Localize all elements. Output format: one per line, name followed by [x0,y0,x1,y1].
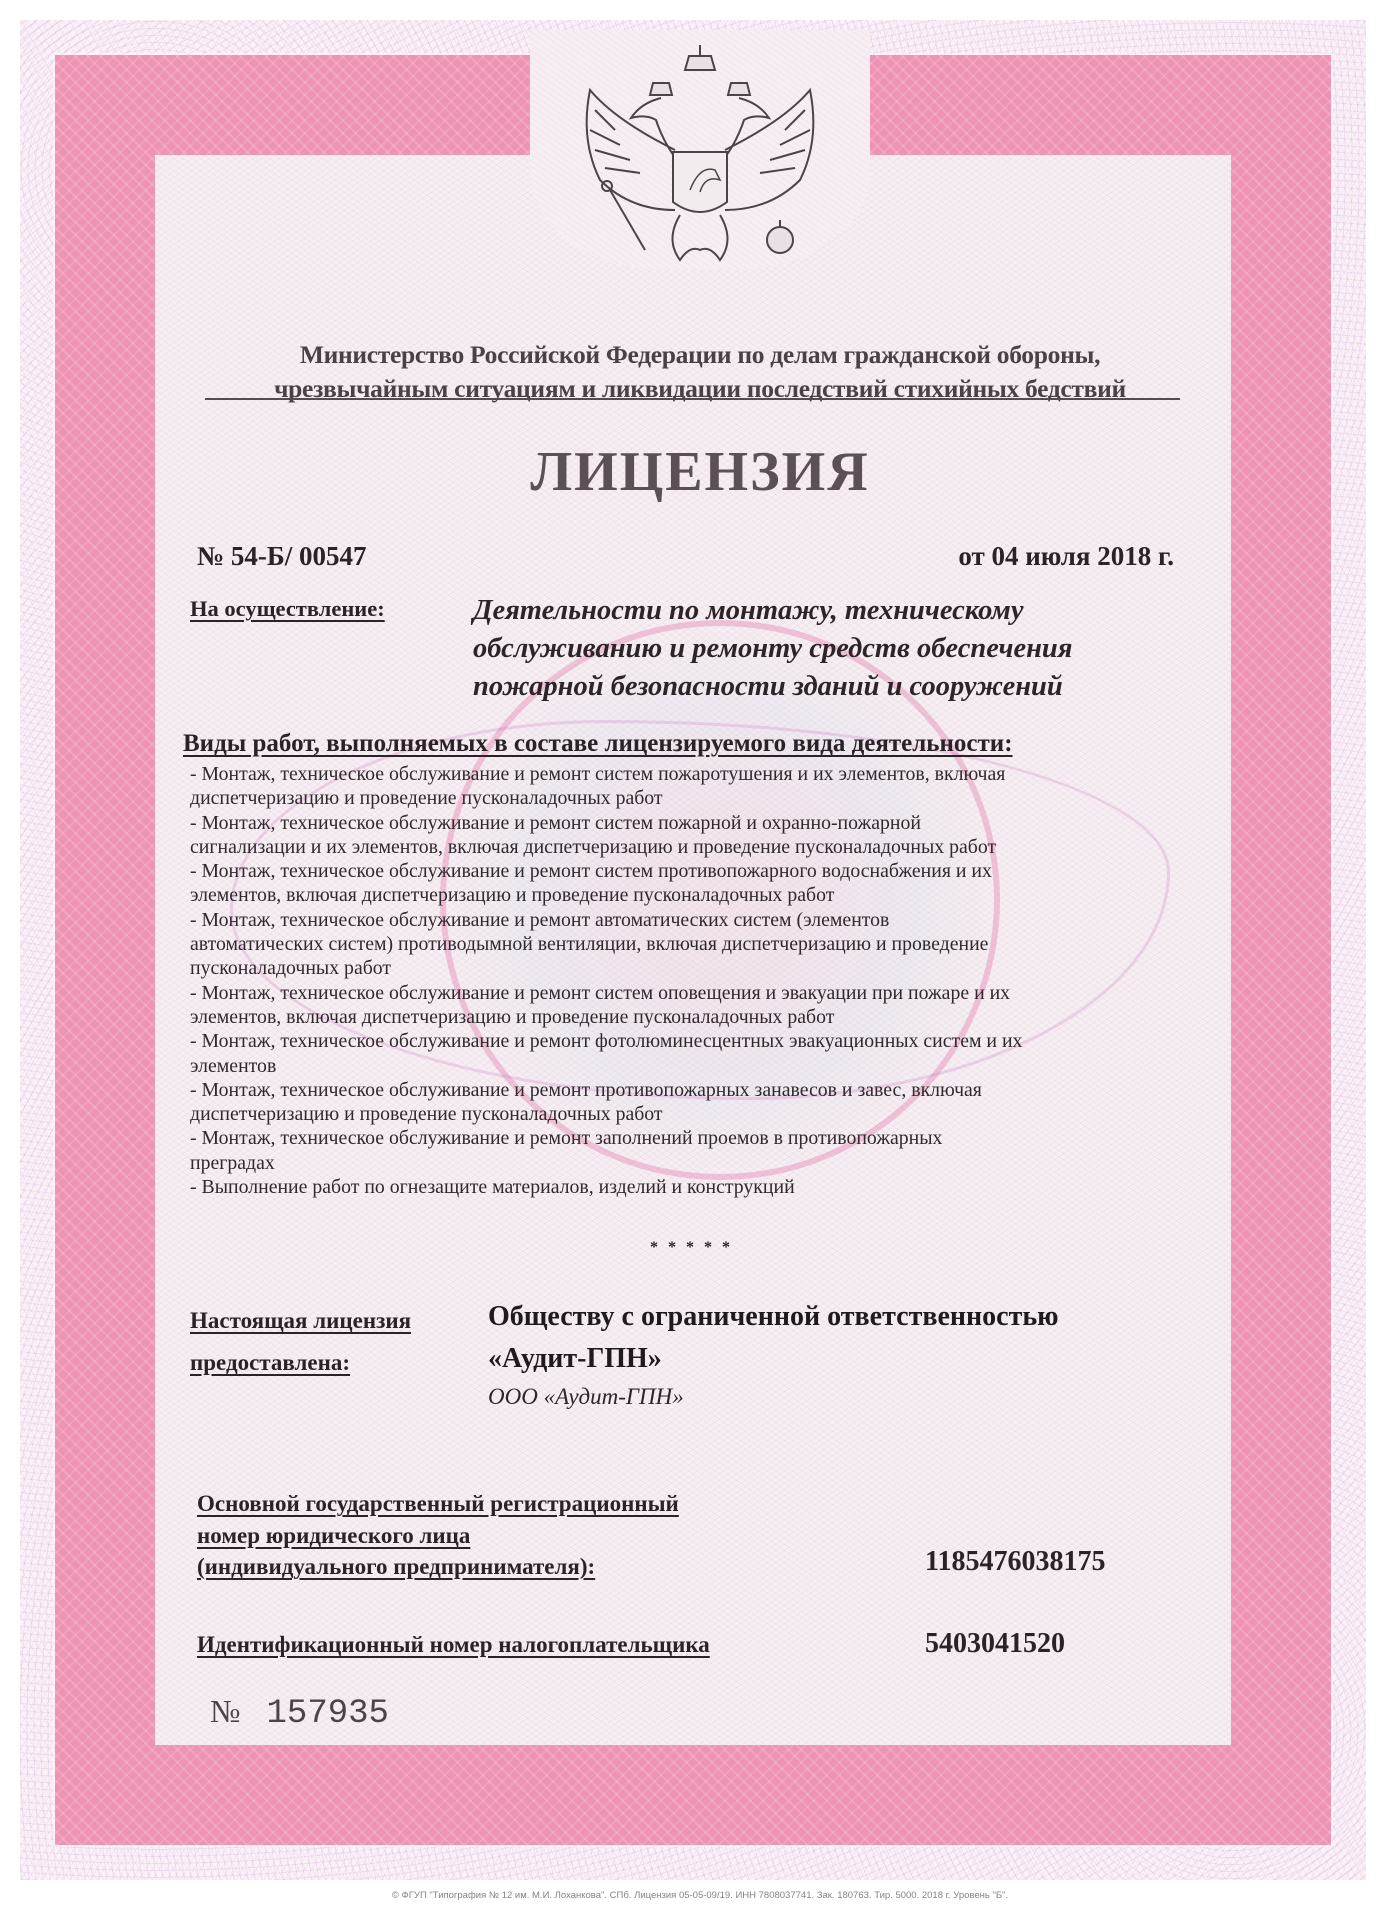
company-line: Обществу с ограниченной ответственностью [488,1296,1059,1338]
company-name: Обществу с ограниченной ответственностью… [488,1296,1059,1380]
section-separator: * * * * * [650,1239,733,1257]
works-line: диспетчеризацию и проведение пусконаладо… [190,786,1180,810]
works-line: - Монтаж, техническое обслуживание и рем… [190,1078,1180,1102]
blank-serial-number: №157935 [210,1693,389,1733]
company-line: «Аудит-ГПН» [488,1338,1059,1380]
works-line: пусконаладочных работ [190,956,1180,980]
works-line: - Монтаж, техническое обслуживание и рем… [190,908,1180,932]
works-line: - Монтаж, техническое обслуживание и рем… [190,981,1180,1005]
implementation-label: На осуществление: [190,596,385,622]
inn-value: 5403041520 [925,1628,1065,1660]
ministry-divider [205,398,1180,400]
works-line: - Монтаж, техническое обслуживание и рем… [190,1126,1180,1150]
works-line: - Выполнение работ по огнезащите материа… [190,1175,1180,1199]
granted-label-line: Настоящая лицензия [190,1300,411,1342]
activity-line: обслуживанию и ремонту средств обеспечен… [473,630,1193,668]
ogrn-label-line: номер юридического лица [197,1520,679,1552]
ministry-line-1: Министерство Российской Федерации по дел… [150,338,1250,372]
works-heading: Виды работ, выполняемых в составе лиценз… [183,730,1013,758]
works-list: - Монтаж, техническое обслуживание и рем… [190,762,1180,1199]
inn-label: Идентификационный номер налогоплательщик… [197,1632,710,1658]
works-line: - Монтаж, техническое обслуживание и рем… [190,811,1180,835]
activity-line: пожарной безопасности зданий и сооружени… [473,668,1193,706]
works-line: элементов [190,1054,1180,1078]
works-line: - Монтаж, техническое обслуживание и рем… [190,859,1180,883]
company-short-name: ООО «Аудит-ГПН» [488,1384,684,1410]
number-sign: № [210,1693,241,1729]
works-line: - Монтаж, техническое обслуживание и рем… [190,762,1180,786]
ogrn-value: 1185476038175 [925,1546,1105,1578]
works-line: диспетчеризацию и проведение пусконаладо… [190,1102,1180,1126]
works-line: преградах [190,1151,1180,1175]
works-line: - Монтаж, техническое обслуживание и рем… [190,1029,1180,1053]
activity-line: Деятельности по монтажу, техническому [473,592,1193,630]
ministry-line-2: чрезвычайным ситуациям и ликвидации посл… [150,372,1250,406]
ministry-name: Министерство Российской Федерации по дел… [150,338,1250,406]
ogrn-label-line: (индивидуального предпринимателя): [197,1551,679,1583]
document-title: ЛИЦЕНЗИЯ [150,440,1250,504]
license-number: № 54-Б/ 00547 [197,541,366,572]
license-date: от 04 июля 2018 г. [958,541,1174,572]
printer-imprint: © ФГУП "Типография № 12 им. М.И. Лоханко… [300,1890,1100,1901]
works-line: автоматических систем) противодымной вен… [190,932,1180,956]
granted-label: Настоящая лицензия предоставлена: [190,1300,411,1384]
ogrn-label-line: Основной государственный регистрационный [197,1488,679,1520]
works-line: элементов, включая диспетчеризацию и про… [190,1005,1180,1029]
serial-value: 157935 [267,1695,389,1733]
granted-label-line: предоставлена: [190,1342,411,1384]
ogrn-label: Основной государственный регистрационный… [197,1488,679,1583]
works-line: сигнализации и их элементов, включая дис… [190,835,1180,859]
works-line: элементов, включая диспетчеризацию и про… [190,883,1180,907]
russian-coat-of-arms-icon [555,40,845,280]
licensed-activity: Деятельности по монтажу, техническому об… [473,592,1193,706]
